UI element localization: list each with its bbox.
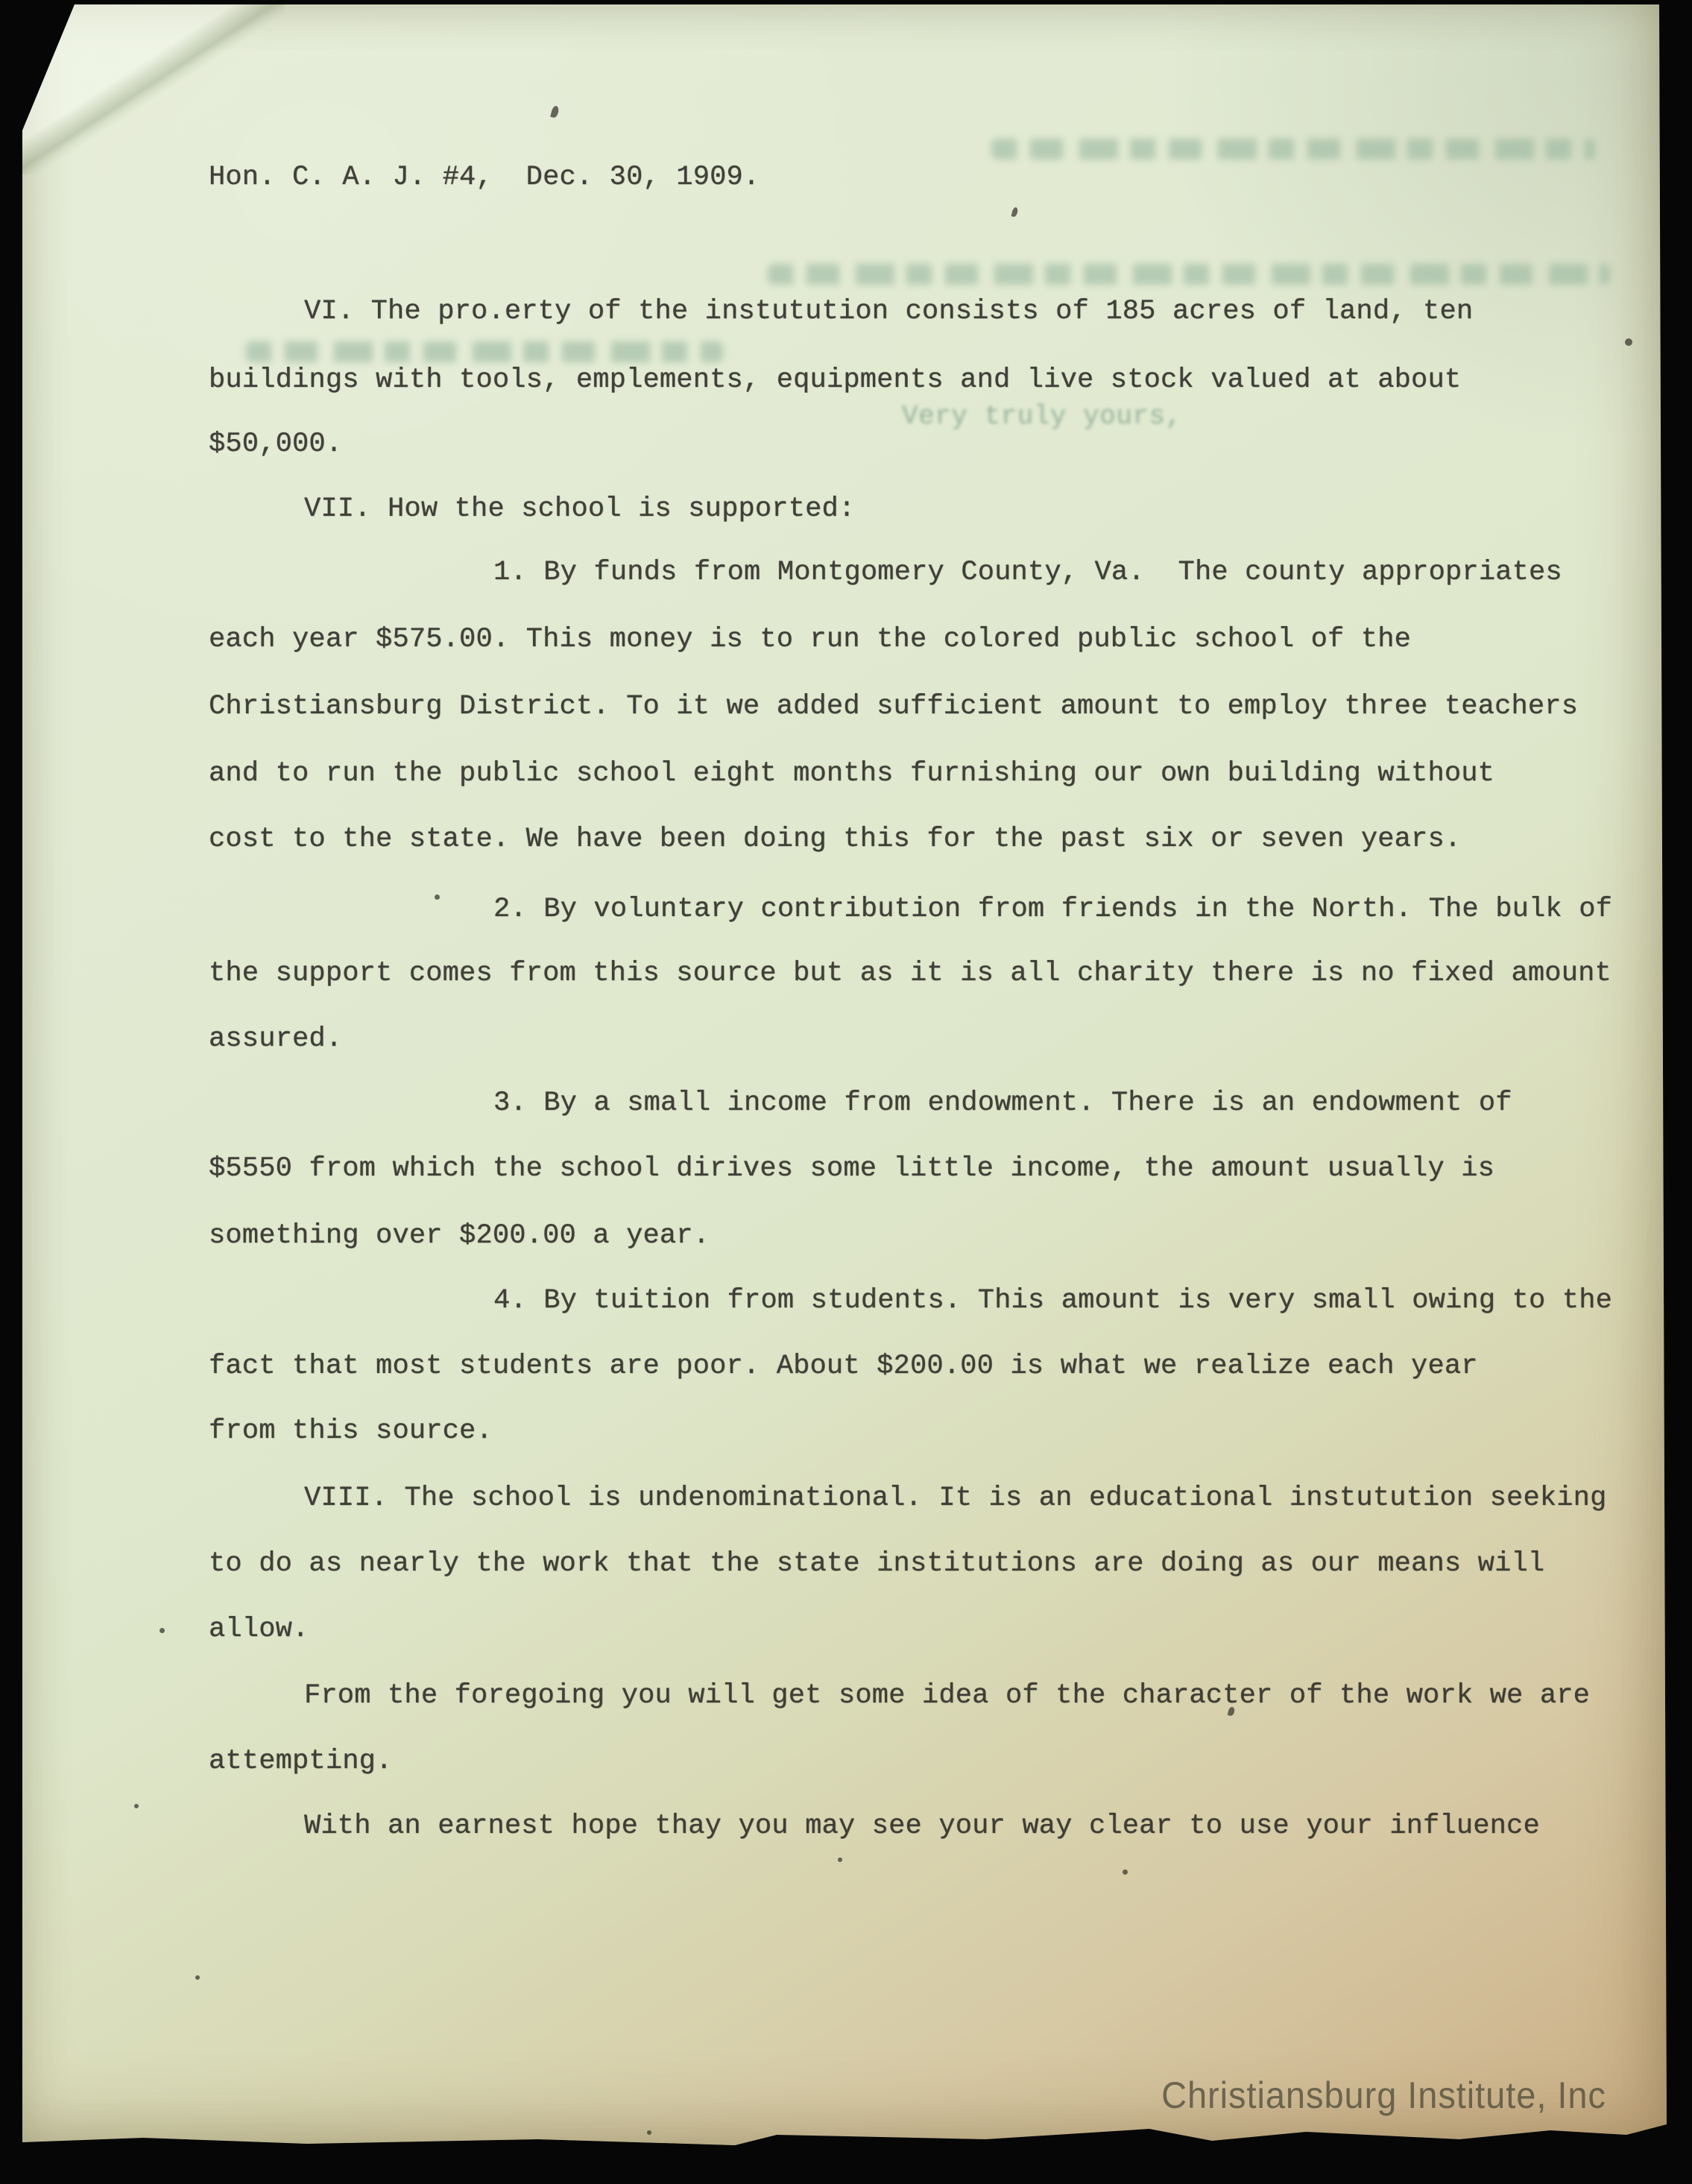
dust-speck	[1123, 1869, 1128, 1875]
typewritten-line: With an earnest hope thay you may see yo…	[304, 1810, 1540, 1843]
typewritten-line: the support comes from this source but a…	[209, 957, 1611, 990]
typewritten-line: 4. By tuition from students. This amount…	[493, 1284, 1612, 1317]
typewritten-line: VII. How the school is supported:	[304, 493, 855, 526]
typewritten-line: 3. By a small income from endowment. The…	[493, 1087, 1512, 1120]
typewritten-line: allow.	[209, 1613, 309, 1646]
typewritten-line: $5550 from which the school dirives some…	[209, 1152, 1494, 1185]
paper-sheet: Very truly yours, Hon. C. A. J. #4, Dec.…	[22, 4, 1667, 2148]
scanned-letter-page: { "page": { "width": 2270, "height": 293…	[0, 0, 1692, 2184]
dust-speck	[160, 1628, 165, 1633]
archive-watermark: Christiansburg Institute, Inc	[1161, 2074, 1606, 2117]
typewritten-line: something over $200.00 a year.	[209, 1219, 710, 1252]
typewritten-line: cost to the state. We have been doing th…	[209, 823, 1461, 856]
typewritten-line: 1. By funds from Montgomery County, Va. …	[493, 556, 1562, 589]
dust-speck	[647, 2130, 651, 2135]
dust-speck	[1625, 338, 1632, 346]
dust-speck	[134, 1804, 139, 1808]
dust-speck	[838, 1858, 842, 1862]
typewritten-line: from this source.	[209, 1415, 493, 1448]
typewritten-line: to do as nearly the work that the state …	[209, 1547, 1544, 1580]
typewritten-line: VIII. The school is undenominational. It…	[304, 1482, 1606, 1515]
typewritten-line: buildings with tools, emplements, equipm…	[209, 364, 1461, 397]
typewritten-line: $50,000.	[209, 428, 342, 461]
typewritten-line: and to run the public school eight month…	[209, 757, 1494, 790]
typewritten-text-layer: Hon. C. A. J. #4, Dec. 30, 1909.VI. The …	[22, 4, 1667, 2148]
typewritten-line: Christiansburg District. To it we added …	[209, 690, 1578, 723]
typewritten-line: fact that most students are poor. About …	[209, 1350, 1478, 1383]
typewritten-line: attempting.	[209, 1745, 392, 1778]
dust-speck	[435, 894, 440, 900]
typewritten-line: VI. The pro.erty of the instutution cons…	[304, 295, 1473, 328]
typewritten-line: Hon. C. A. J. #4, Dec. 30, 1909.	[209, 161, 760, 194]
typewritten-line: 2. By voluntary contribution from friend…	[493, 893, 1612, 926]
dust-speck	[195, 1975, 200, 1980]
typewritten-line: From the foregoing you will get some ide…	[304, 1679, 1590, 1712]
typewritten-line: assured.	[209, 1023, 342, 1055]
typewritten-line: each year $575.00. This money is to run …	[209, 623, 1411, 656]
